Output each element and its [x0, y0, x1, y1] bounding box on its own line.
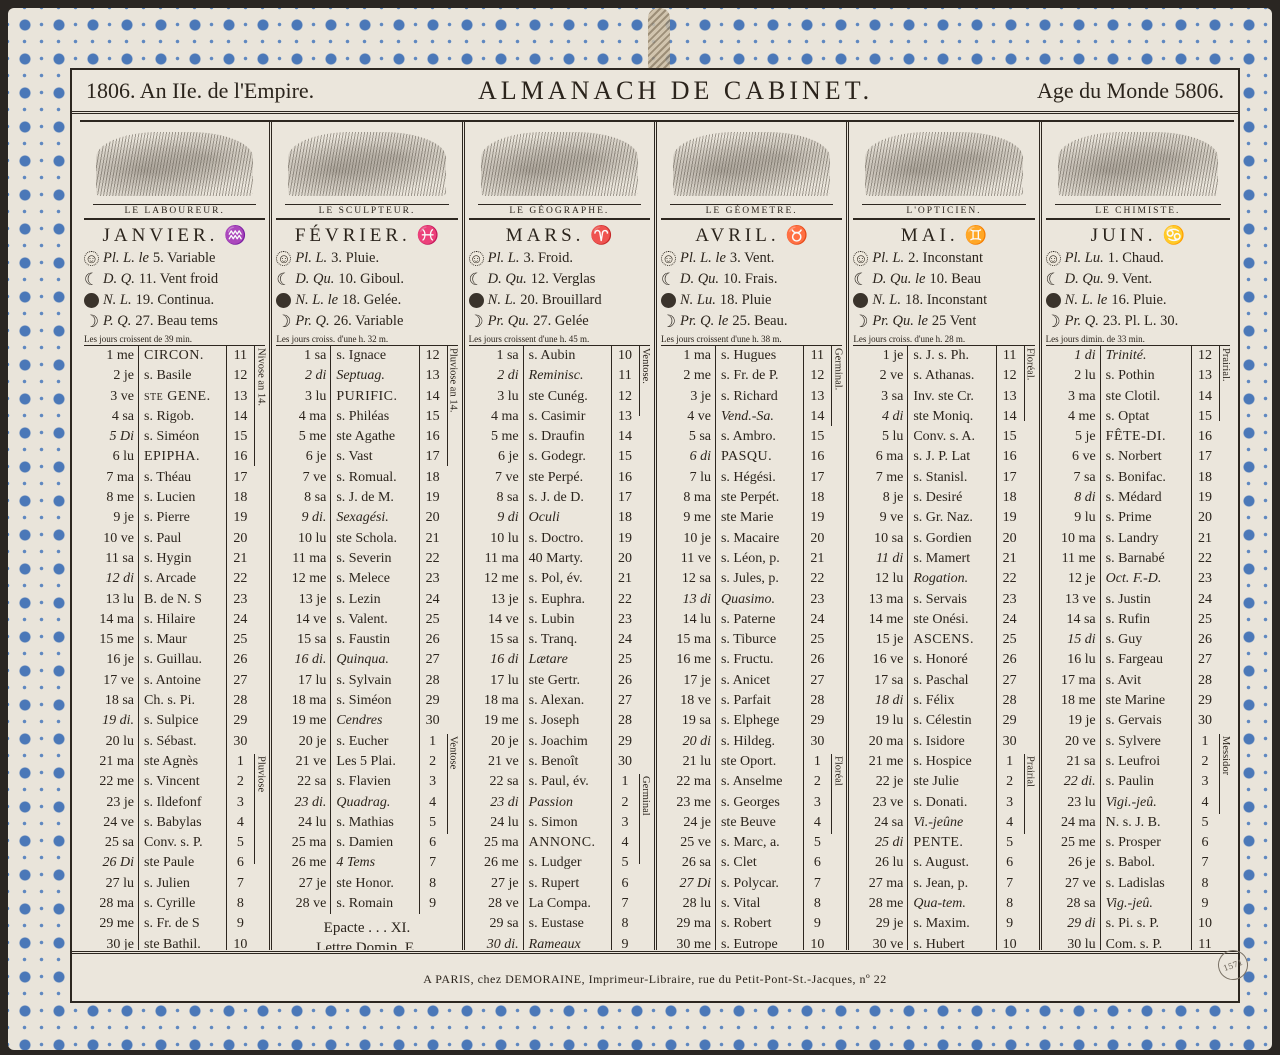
day-row: 20 mas. Isidore30 — [853, 732, 1034, 752]
saint-name: s. Siméon — [138, 427, 227, 447]
day-row: 25 mes. Prosper6 — [1046, 833, 1230, 853]
month-heading: FÉVRIER.♓ — [276, 220, 457, 248]
day-number: 5 sa — [661, 427, 715, 447]
moon-phase-row: ☽Pr. Qu. le25 Vent — [853, 311, 1034, 332]
day-number: 8 sa — [276, 488, 330, 508]
day-number: 28 lu — [661, 894, 715, 914]
republican-day: 17 — [420, 447, 446, 467]
day-number: 5 je — [1046, 427, 1100, 447]
day-row: 15 mas. Tiburce25 — [661, 630, 842, 650]
day-number: 16 je — [84, 650, 138, 670]
saint-name: s. Pierre — [138, 508, 227, 528]
months-grid: LE LABOUREUR. JANVIER.♒ ☺Pl. L. le5. Var… — [80, 120, 1234, 950]
saint-name: s. Paul, év. — [523, 772, 612, 792]
day-number: 15 ma — [661, 630, 715, 650]
republican-day: 1 — [804, 752, 830, 772]
saint-name: s. Severin — [330, 549, 419, 569]
day-row: 15 sas. Tranq.24 — [469, 630, 650, 650]
day-row: 14 mas. Hilaire24 — [84, 610, 265, 630]
new-moon-icon — [469, 293, 484, 308]
day-row: 5 jeFÊTE-DI.16 — [1046, 427, 1230, 447]
day-row: 17 lus. Sylvain28 — [276, 671, 457, 691]
phase-abbreviation: N. L. — [103, 292, 132, 309]
day-number: 7 sa — [1046, 468, 1100, 488]
day-number: 13 ve — [1046, 590, 1100, 610]
republican-day: 17 — [997, 468, 1023, 488]
republican-day: 21 — [612, 569, 638, 589]
republican-day: 10 — [997, 935, 1023, 950]
republican-day: 27 — [420, 650, 446, 670]
phase-weather: 19. Continua. — [136, 292, 215, 309]
day-number: 16 me — [661, 650, 715, 670]
day-row: 8 sas. J. de D.17 — [469, 488, 650, 508]
day-row: 2 diSeptuag.13 — [276, 366, 457, 386]
saint-name: s. Félix — [907, 691, 996, 711]
day-row: 10 mas. Landry21 — [1046, 529, 1230, 549]
first-quarter-icon: ☽ — [84, 314, 99, 329]
republican-day: 25 — [227, 630, 253, 650]
day-row: 23 ves. Donati.3 — [853, 793, 1034, 813]
day-row: 26 jes. Babol.7 — [1046, 853, 1230, 873]
republican-day: 19 — [612, 529, 638, 549]
first-quarter-icon: ☽ — [276, 314, 291, 329]
saint-name: s. Tranq. — [523, 630, 612, 650]
day-length-note: Les jours croissent d'une h. 38 m. — [661, 332, 842, 346]
saint-name: s. Hildeg. — [715, 732, 804, 752]
republican-day: 7 — [804, 874, 830, 894]
republican-day: 3 — [227, 793, 253, 813]
day-row: 16 mes. Fructu.26 — [661, 650, 842, 670]
day-number: 6 je — [469, 447, 523, 467]
saint-name: s. J. s. Ph. — [907, 346, 996, 366]
day-list: 1 sas. Ignace122 diSeptuag.133 luPURIFIC… — [276, 346, 457, 950]
day-number: 14 ma — [84, 610, 138, 630]
day-number: 1 je — [853, 346, 907, 366]
republican-day: 14 — [804, 407, 830, 427]
day-list: 1 meCIRCON.112 jes. Basile123 veste GENE… — [84, 346, 265, 950]
republican-day: 15 — [612, 447, 638, 467]
day-number: 10 lu — [469, 529, 523, 549]
vignette: LE CHIMISTE. — [1046, 122, 1230, 220]
republican-day: 1 — [997, 752, 1023, 772]
saint-name: Vi.-jeûne — [907, 813, 996, 833]
saint-name: PENTE. — [907, 833, 996, 853]
saint-name: s. Damien — [330, 833, 419, 853]
day-number: 21 ve — [276, 752, 330, 772]
saint-name: ste Gertr. — [523, 671, 612, 691]
republican-day: 18 — [227, 488, 253, 508]
republican-day: 1 — [227, 752, 253, 772]
republican-day: 13 — [420, 366, 446, 386]
republican-month-label: Prairial — [1024, 754, 1036, 834]
day-row: 7 ves. Romual.18 — [276, 468, 457, 488]
day-row: 22 mes. Vincent2 — [84, 772, 265, 792]
moon-phase-row: ☽Pr. Q.23. Pl. L. 30. — [1046, 311, 1230, 332]
republican-day: 7 — [997, 874, 1023, 894]
day-row: 1 meCIRCON.11 — [84, 346, 265, 366]
day-number: 20 di — [661, 732, 715, 752]
day-row: 19 jes. Gervais30 — [1046, 711, 1230, 731]
republican-day: 18 — [420, 468, 446, 488]
day-row: 22 sas. Flavien3 — [276, 772, 457, 792]
day-row: 11 sas. Hygin21 — [84, 549, 265, 569]
republican-day: 1 — [1192, 732, 1218, 752]
day-row: 5 sas. Ambro.15 — [661, 427, 842, 447]
day-number: 1 me — [84, 346, 138, 366]
saint-name: ste Oport. — [715, 752, 804, 772]
republican-day: 29 — [804, 711, 830, 731]
day-row: 26 me4 Tems7 — [276, 853, 457, 873]
day-row: 21 sas. Leufroi2 — [1046, 752, 1230, 772]
almanac-card: 1806. An IIe. de l'Empire. ALMANACH DE C… — [8, 8, 1272, 1050]
moon-phases: ☺Pl. Lu.1. Chaud.☾D. Qu.9. Vent.N. L. le… — [1046, 248, 1230, 332]
republican-day: 22 — [420, 549, 446, 569]
republican-day: 8 — [227, 894, 253, 914]
day-number: 19 me — [276, 711, 330, 731]
saint-name: s. Maxim. — [907, 914, 996, 934]
saint-name: Com. s. P. — [1100, 935, 1192, 950]
day-row: 10 lus. Doctro.19 — [469, 529, 650, 549]
day-number: 30 ve — [853, 935, 907, 950]
day-number: 6 lu — [84, 447, 138, 467]
day-row: 3 veste GENE.13 — [84, 387, 265, 407]
moon-phases: ☺Pl. L. le3. Vent.☾D. Qu.10. Frais.N. Lu… — [661, 248, 842, 332]
republican-month-label: Germinal. — [831, 346, 843, 426]
saint-name: Conv. s. P. — [138, 833, 227, 853]
month-heading: MAI.♊ — [853, 220, 1034, 248]
day-row: 4 mas. Philéas15 — [276, 407, 457, 427]
phase-abbreviation: Pl. L. — [295, 250, 327, 267]
republican-day: 14 — [420, 387, 446, 407]
day-number: 12 lu — [853, 569, 907, 589]
day-row: 10 ves. Paul20 — [84, 529, 265, 549]
day-row: 22 mas. Anselme2 — [661, 772, 842, 792]
republican-day: 18 — [1192, 468, 1218, 488]
day-number: 11 ma — [469, 549, 523, 569]
day-row: 5 meste Agathe16 — [276, 427, 457, 447]
republican-day: 19 — [997, 508, 1023, 528]
saint-name: s. Richard — [715, 387, 804, 407]
last-quarter-icon: ☾ — [84, 272, 99, 287]
phase-weather: 10. Beau — [930, 271, 982, 288]
republican-day: 27 — [227, 671, 253, 691]
saint-name: PASQU. — [715, 447, 804, 467]
republican-month-label: Ventose. — [639, 346, 651, 416]
day-number: 1 ma — [661, 346, 715, 366]
day-number: 14 sa — [1046, 610, 1100, 630]
phase-weather: 16. Pluie. — [1111, 292, 1166, 309]
day-row: 30 jeste Bathil.10 — [84, 935, 265, 950]
republican-day: 7 — [227, 874, 253, 894]
day-number: 19 di. — [84, 711, 138, 731]
moon-phases: ☺Pl. L. le5. Variable☾D. Q.11. Vent froi… — [84, 248, 265, 332]
day-row: 8 sas. J. de M.19 — [276, 488, 457, 508]
day-number: 10 lu — [276, 529, 330, 549]
day-row: 17 jes. Anicet27 — [661, 671, 842, 691]
saint-name: s. Georges — [715, 793, 804, 813]
saint-name: ste Julie — [907, 772, 996, 792]
republican-month-label: Nivose an 14. — [254, 346, 266, 466]
republican-day: 28 — [997, 691, 1023, 711]
month-name: MAI. — [901, 225, 959, 246]
day-row: 16 lus. Fargeau27 — [1046, 650, 1230, 670]
saint-name: s. Romual. — [330, 468, 419, 488]
saint-name: Lætare — [523, 650, 612, 670]
saint-name: s. Lezin — [330, 590, 419, 610]
republican-day: 17 — [1192, 447, 1218, 467]
day-row: 25 saConv. s. P.5 — [84, 833, 265, 853]
republican-day: 12 — [612, 387, 638, 407]
day-number: 17 je — [661, 671, 715, 691]
day-number: 4 me — [1046, 407, 1100, 427]
republican-day: 15 — [420, 407, 446, 427]
republican-day: 25 — [1192, 610, 1218, 630]
day-number: 24 ve — [84, 813, 138, 833]
day-row: 26 lus. August.6 — [853, 853, 1034, 873]
day-number: 12 me — [276, 569, 330, 589]
republican-day: 29 — [612, 732, 638, 752]
republican-day: 3 — [612, 813, 638, 833]
day-number: 4 ma — [469, 407, 523, 427]
vignette-caption: L'OPTICIEN. — [862, 204, 1025, 216]
day-number: 15 je — [853, 630, 907, 650]
saint-name: s. Prime — [1100, 508, 1192, 528]
republican-day: 21 — [227, 549, 253, 569]
republican-day: 8 — [420, 874, 446, 894]
saint-name: ste Perpét. — [715, 488, 804, 508]
republican-day: 1 — [612, 772, 638, 792]
day-row: 19 di.s. Sulpice29 — [84, 711, 265, 731]
day-row: 7 veste Perpé.16 — [469, 468, 650, 488]
day-row: 24 saVi.-jeûne4 — [853, 813, 1034, 833]
day-number: 6 ve — [1046, 447, 1100, 467]
republican-day: 13 — [1192, 366, 1218, 386]
republican-day: 6 — [804, 853, 830, 873]
republican-day: 23 — [997, 590, 1023, 610]
republican-day: 12 — [227, 366, 253, 386]
saint-name: s. Maur — [138, 630, 227, 650]
republican-day: 19 — [227, 508, 253, 528]
republican-day: 14 — [1192, 387, 1218, 407]
last-quarter-icon: ☾ — [661, 272, 676, 287]
day-number: 29 ma — [661, 914, 715, 934]
almanac-sheet: 1806. An IIe. de l'Empire. ALMANACH DE C… — [70, 68, 1240, 1003]
republican-day: 27 — [1192, 650, 1218, 670]
year-label: 1806. An IIe. de l'Empire. — [86, 78, 314, 104]
saint-name: s. Sylvain — [330, 671, 419, 691]
day-row: 28 lus. Vital8 — [661, 894, 842, 914]
saint-name: s. Hilaire — [138, 610, 227, 630]
republican-day: 6 — [227, 853, 253, 873]
day-number: 23 lu — [1046, 793, 1100, 813]
day-number: 26 me — [469, 853, 523, 873]
republican-month-label: Prairial. — [1219, 346, 1231, 421]
saint-name: s. Donati. — [907, 793, 996, 813]
day-row: 17 ves. Antoine27 — [84, 671, 265, 691]
saint-name: s. Pothin — [1100, 366, 1192, 386]
phase-weather: 2. Inconstant — [908, 250, 983, 267]
phase-abbreviation: N. Lu. — [680, 292, 716, 309]
day-number: 30 je — [84, 935, 138, 950]
republican-day: 7 — [1192, 853, 1218, 873]
republican-day: 28 — [420, 671, 446, 691]
saint-name: s. Paschal — [907, 671, 996, 691]
saint-name: s. Doctro. — [523, 529, 612, 549]
moon-phase-row: ☽Pr. Q. le25. Beau. — [661, 311, 842, 332]
saint-name: s. Siméon — [330, 691, 419, 711]
saint-name: s. Alexan. — [523, 691, 612, 711]
saint-name: s. Vital — [715, 894, 804, 914]
saint-name: s. Paulin — [1100, 772, 1192, 792]
day-number: 15 sa — [469, 630, 523, 650]
day-number: 13 lu — [84, 590, 138, 610]
zodiac-icon: ♋ — [1163, 225, 1185, 245]
day-number: 18 di — [853, 691, 907, 711]
saint-name: s. Gervais — [1100, 711, 1192, 731]
day-number: 10 ma — [1046, 529, 1100, 549]
saint-name: s. Athanas. — [907, 366, 996, 386]
day-row: 9 meste Marie19 — [661, 508, 842, 528]
day-number: 22 ma — [661, 772, 715, 792]
day-row: 18 mas. Alexan.27 — [469, 691, 650, 711]
day-row: 11 mes. Barnabé22 — [1046, 549, 1230, 569]
republican-day: 5 — [227, 833, 253, 853]
republican-day: 18 — [612, 508, 638, 528]
republican-day: 25 — [612, 650, 638, 670]
day-row: 4 diste Moniq.14 — [853, 407, 1034, 427]
day-row: 14 sas. Rufin25 — [1046, 610, 1230, 630]
day-row: 26 Diste Paule6 — [84, 853, 265, 873]
saint-name: s. Draufin — [523, 427, 612, 447]
saint-name: Quadrag. — [330, 793, 419, 813]
day-row: 14 lus. Paterne24 — [661, 610, 842, 630]
phase-abbreviation: Pl. L. le — [103, 250, 149, 267]
day-row: 23 luVigi.-jeû.4 — [1046, 793, 1230, 813]
full-moon-icon: ☺ — [661, 251, 676, 266]
moon-phase-row: N. L.20. Brouillard — [469, 290, 650, 311]
saint-name: s. Cyrille — [138, 894, 227, 914]
month-column-5: LE CHIMISTE. JUIN.♋ ☺Pl. Lu.1. Chaud.☾D.… — [1042, 122, 1234, 950]
imprint-footer: A PARIS, chez DEMORAINE, Imprimeur-Libra… — [72, 951, 1238, 1001]
republican-day: 23 — [420, 569, 446, 589]
saint-name: 4 Tems — [330, 853, 419, 873]
day-row: 23 mes. Georges3 — [661, 793, 842, 813]
day-number: 2 lu — [1046, 366, 1100, 386]
day-row: 14 ves. Valent.25 — [276, 610, 457, 630]
day-number: 22 di. — [1046, 772, 1100, 792]
republican-day: 30 — [997, 732, 1023, 752]
saint-name: ste Schola. — [330, 529, 419, 549]
day-row: 27 ves. Ladislas8 — [1046, 874, 1230, 894]
day-number: 14 ve — [276, 610, 330, 630]
saint-name: s. Fructu. — [715, 650, 804, 670]
day-row: 9 lus. Prime20 — [1046, 508, 1230, 528]
day-number: 20 lu — [84, 732, 138, 752]
republican-day: 3 — [1192, 772, 1218, 792]
saint-name: s. Rufin — [1100, 610, 1192, 630]
saint-name: s. Justin — [1100, 590, 1192, 610]
saint-name: s. Jules, p. — [715, 569, 804, 589]
day-number: 21 me — [853, 752, 907, 772]
saint-name: s. Fargeau — [1100, 650, 1192, 670]
republican-month-label: Floréal. — [1024, 346, 1036, 421]
day-number: 19 sa — [661, 711, 715, 731]
saint-name: s. Romain — [330, 894, 419, 914]
day-row: 21 maste Agnès1 — [84, 752, 265, 772]
day-number: 26 je — [1046, 853, 1100, 873]
day-row: 16 jes. Guillau.26 — [84, 650, 265, 670]
day-row: 15 mes. Maur25 — [84, 630, 265, 650]
title-bar: 1806. An IIe. de l'Empire. ALMANACH DE C… — [72, 70, 1238, 114]
day-row: 14 meste Onési.24 — [853, 610, 1034, 630]
day-number: 27 je — [469, 874, 523, 894]
day-row: 29 sas. Eustase8 — [469, 914, 650, 934]
day-row: 26 sas. Clet6 — [661, 853, 842, 873]
republican-day: 24 — [420, 590, 446, 610]
republican-day: 30 — [420, 711, 446, 731]
month-heading: JANVIER.♒ — [84, 220, 265, 248]
republican-day: 26 — [612, 671, 638, 691]
republican-day: 22 — [1192, 549, 1218, 569]
day-number: 25 di — [853, 833, 907, 853]
day-row: 17 sas. Paschal27 — [853, 671, 1034, 691]
saint-name: s. Léon, p. — [715, 549, 804, 569]
saint-name: ASCENS. — [907, 630, 996, 650]
new-moon-icon — [1046, 293, 1061, 308]
day-number: 7 ve — [276, 468, 330, 488]
day-row: 24 lus. Simon3 — [469, 813, 650, 833]
day-number: 28 ve — [276, 894, 330, 914]
day-number: 21 sa — [1046, 752, 1100, 772]
phase-weather: 18. Gelée. — [342, 292, 401, 309]
phase-weather: 18. Pluie — [720, 292, 772, 309]
day-number: 19 me — [469, 711, 523, 731]
day-number: 10 sa — [853, 529, 907, 549]
day-number: 20 je — [469, 732, 523, 752]
saint-name: ste Agnès — [138, 752, 227, 772]
day-row: 29 jes. Maxim.9 — [853, 914, 1034, 934]
day-row: 20 ves. Sylvere1 — [1046, 732, 1230, 752]
saint-name: ste Honor. — [330, 874, 419, 894]
day-number: 23 me — [661, 793, 715, 813]
republican-day: 8 — [612, 914, 638, 934]
phase-weather: 12. Verglas — [531, 271, 596, 288]
phase-weather: 26. Variable — [334, 313, 404, 330]
republican-day: 23 — [1192, 569, 1218, 589]
woodcut-illustration-icon — [673, 132, 830, 196]
phase-abbreviation: Pr. Q. — [295, 313, 329, 330]
day-number: 29 sa — [469, 914, 523, 934]
month-name: JUIN. — [1091, 225, 1157, 246]
republican-day: 30 — [1192, 711, 1218, 731]
day-row: 21 mes. Hospice1 — [853, 752, 1034, 772]
vignette: LE SCULPTEUR. — [276, 122, 457, 220]
day-row: 1 jes. J. s. Ph.11 — [853, 346, 1034, 366]
republican-day: 16 — [612, 468, 638, 488]
moon-phase-row: N. Lu.18. Pluie — [661, 290, 842, 311]
republican-day: 5 — [612, 853, 638, 873]
day-row: 11 ma40 Marty.20 — [469, 549, 650, 569]
phase-abbreviation: Pl. L. — [488, 250, 520, 267]
day-number: 16 ve — [853, 650, 907, 670]
day-row: 10 sas. Gordien20 — [853, 529, 1034, 549]
saint-name: s. Philéas — [330, 407, 419, 427]
saint-name: s. Paul — [138, 529, 227, 549]
day-number: 1 sa — [276, 346, 330, 366]
day-number: 22 je — [853, 772, 907, 792]
phase-abbreviation: N. L. — [488, 292, 517, 309]
day-row: 10 jes. Macaire20 — [661, 529, 842, 549]
